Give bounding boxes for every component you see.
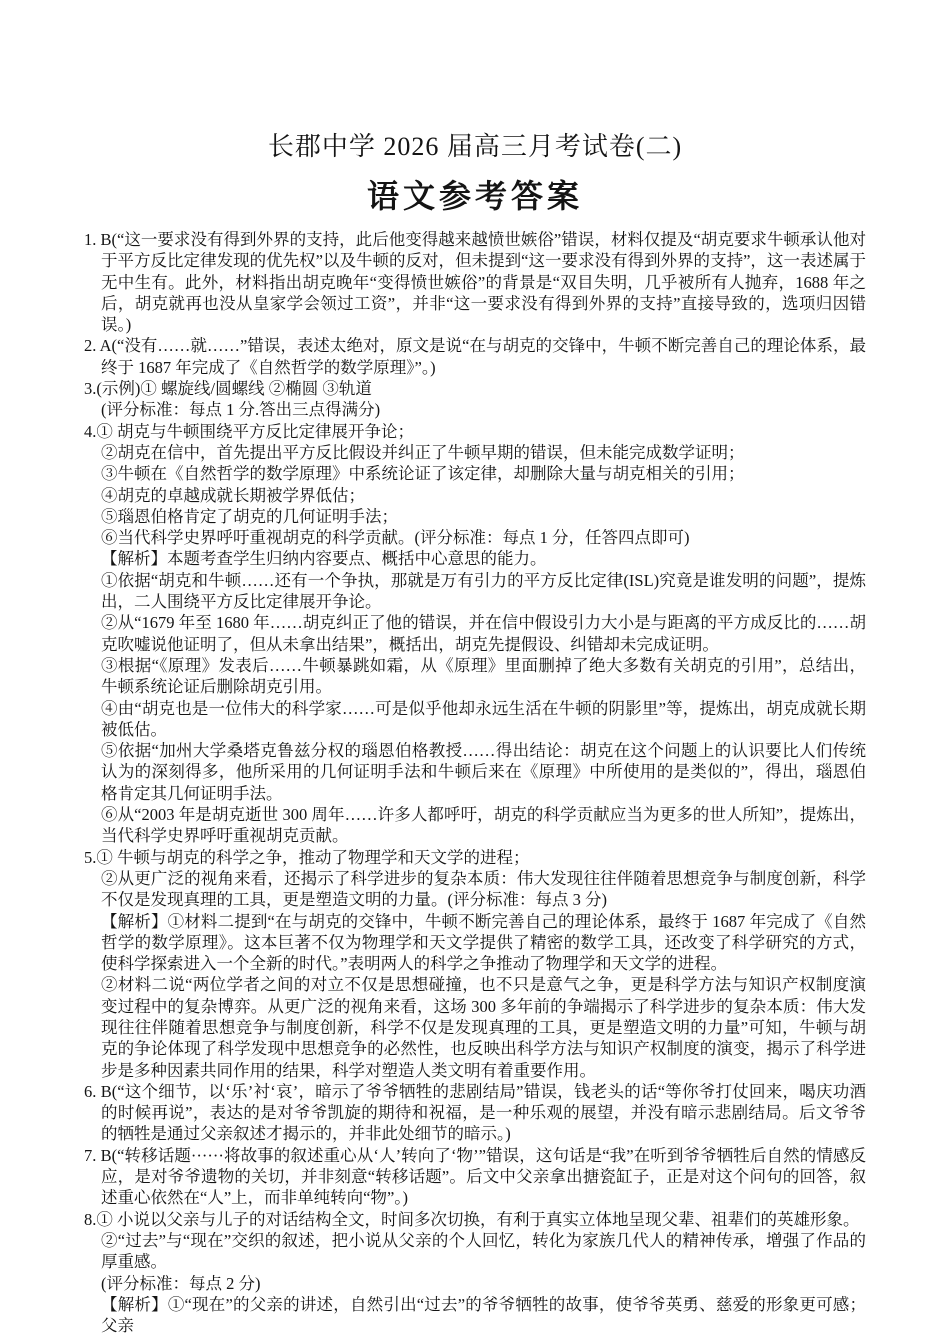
answer-subitem: ②胡克在信中，首先提出平方反比假设并纠正了牛顿早期的错误，但未能完成数学证明； bbox=[84, 442, 866, 463]
answer-subitem: ⑤瑙恩伯格肯定了胡克的几何证明手法； bbox=[84, 506, 866, 527]
answer-paragraph: 6. B(“这个细节，以‘乐’衬‘哀’，暗示了爷爷牺牲的悲剧结局”错误，钱老头的… bbox=[84, 1081, 866, 1145]
scoring-note: (评分标准：每点 1 分.答出三点得满分) bbox=[84, 399, 866, 420]
answer-key-body: 1. B(“这一要求没有得到外界的支持，此后他变得越来越愤世嫉俗”错误，材料仅提… bbox=[84, 229, 866, 1336]
answer-paragraph: 4.① 胡克与牛顿围绕平方反比定律展开争论； bbox=[84, 421, 866, 442]
answer-subitem: ④胡克的卓越成就长期被学界低估； bbox=[84, 485, 866, 506]
analysis-subitem: ④由“胡克也是一位伟大的科学家……可是似乎他却永远生活在牛顿的阴影里”等，提炼出… bbox=[84, 698, 866, 741]
analysis-paragraph: 【解析】本题考查学生归纳内容要点、概括中心意思的能力。 bbox=[84, 548, 866, 569]
analysis-subitem: ②从“1679 年至 1680 年……胡克纠正了他的错误，并在信中假设引力大小是… bbox=[84, 612, 866, 655]
answer-paragraph: 7. B(“转移话题······将故事的叙述重心从‘人’转向了‘物’”错误，这句… bbox=[84, 1145, 866, 1209]
analysis-paragraph: 【解析】①“现在”的父亲的讲述，自然引出“过去”的爷爷牺牲的故事，使爷爷英勇、慈… bbox=[84, 1294, 866, 1337]
analysis-subitem: ⑥从“2003 年是胡克逝世 300 周年……许多人都呼吁，胡克的科学贡献应当为… bbox=[84, 804, 866, 847]
answer-subitem: ⑥当代科学史界呼吁重视胡克的科学贡献。(评分标准：每点 1 分，任答四点即可) bbox=[84, 527, 866, 548]
answer-paragraph: 2. A(“没有……就……”错误，表述太绝对，原文是说“在与胡克的交锋中，牛顿不… bbox=[84, 335, 866, 378]
answer-paragraph: 8.① 小说以父亲与儿子的对话结构全文，时间多次切换，有利于真实立体地呈现父辈、… bbox=[84, 1209, 866, 1230]
analysis-subitem: ③根据“《原理》发表后……牛顿暴跳如霜，从《原理》里面删掉了绝大多数有关胡克的引… bbox=[84, 655, 866, 698]
answer-paragraph: 5.① 牛顿与胡克的科学之争，推动了物理学和天文学的进程； bbox=[84, 847, 866, 868]
answer-paragraph: 3.(示例)① 螺旋线/圆螺线 ②椭圆 ③轨道 bbox=[84, 378, 866, 399]
analysis-paragraph: 【解析】①材料二提到“在与胡克的交锋中，牛顿不断完善自己的理论体系，最终于 16… bbox=[84, 911, 866, 975]
page-subtitle: 语文参考答案 bbox=[84, 171, 866, 217]
answer-subitem: ②“过去”与“现在”交织的叙述，把小说从父亲的个人回忆，转化为家族几代人的精神传… bbox=[84, 1230, 866, 1273]
answer-subitem: ③牛顿在《自然哲学的数学原理》中系统论证了该定律，却删除大量与胡克相关的引用； bbox=[84, 463, 866, 484]
answer-subitem: ②从更广泛的视角来看，还揭示了科学进步的复杂本质：伟大发现往往伴随着思想竞争与制… bbox=[84, 868, 866, 911]
analysis-subitem: ①依据“胡克和牛顿……还有一个争执，那就是万有引力的平方反比定律(ISL)究竟是… bbox=[84, 570, 866, 613]
analysis-subitem: ⑤依据“加州大学桑塔克鲁兹分权的瑙恩伯格教授……得出结论：胡克在这个问题上的认识… bbox=[84, 740, 866, 804]
document-content: 长郡中学 2026 届高三月考试卷(二) 语文参考答案 1. B(“这一要求没有… bbox=[0, 0, 950, 1336]
scoring-note: (评分标准：每点 2 分) bbox=[84, 1273, 866, 1294]
analysis-subitem: ②材料二说“两位学者之间的对立不仅是思想碰撞，也不只是意气之争，更是科学方法与知… bbox=[84, 974, 866, 1080]
document-page: 长郡中学 2026 届高三月考试卷(二) 语文参考答案 1. B(“这一要求没有… bbox=[0, 0, 950, 1344]
answer-paragraph: 1. B(“这一要求没有得到外界的支持，此后他变得越来越愤世嫉俗”错误，材料仅提… bbox=[84, 229, 866, 335]
page-title: 长郡中学 2026 届高三月考试卷(二) bbox=[84, 126, 866, 163]
